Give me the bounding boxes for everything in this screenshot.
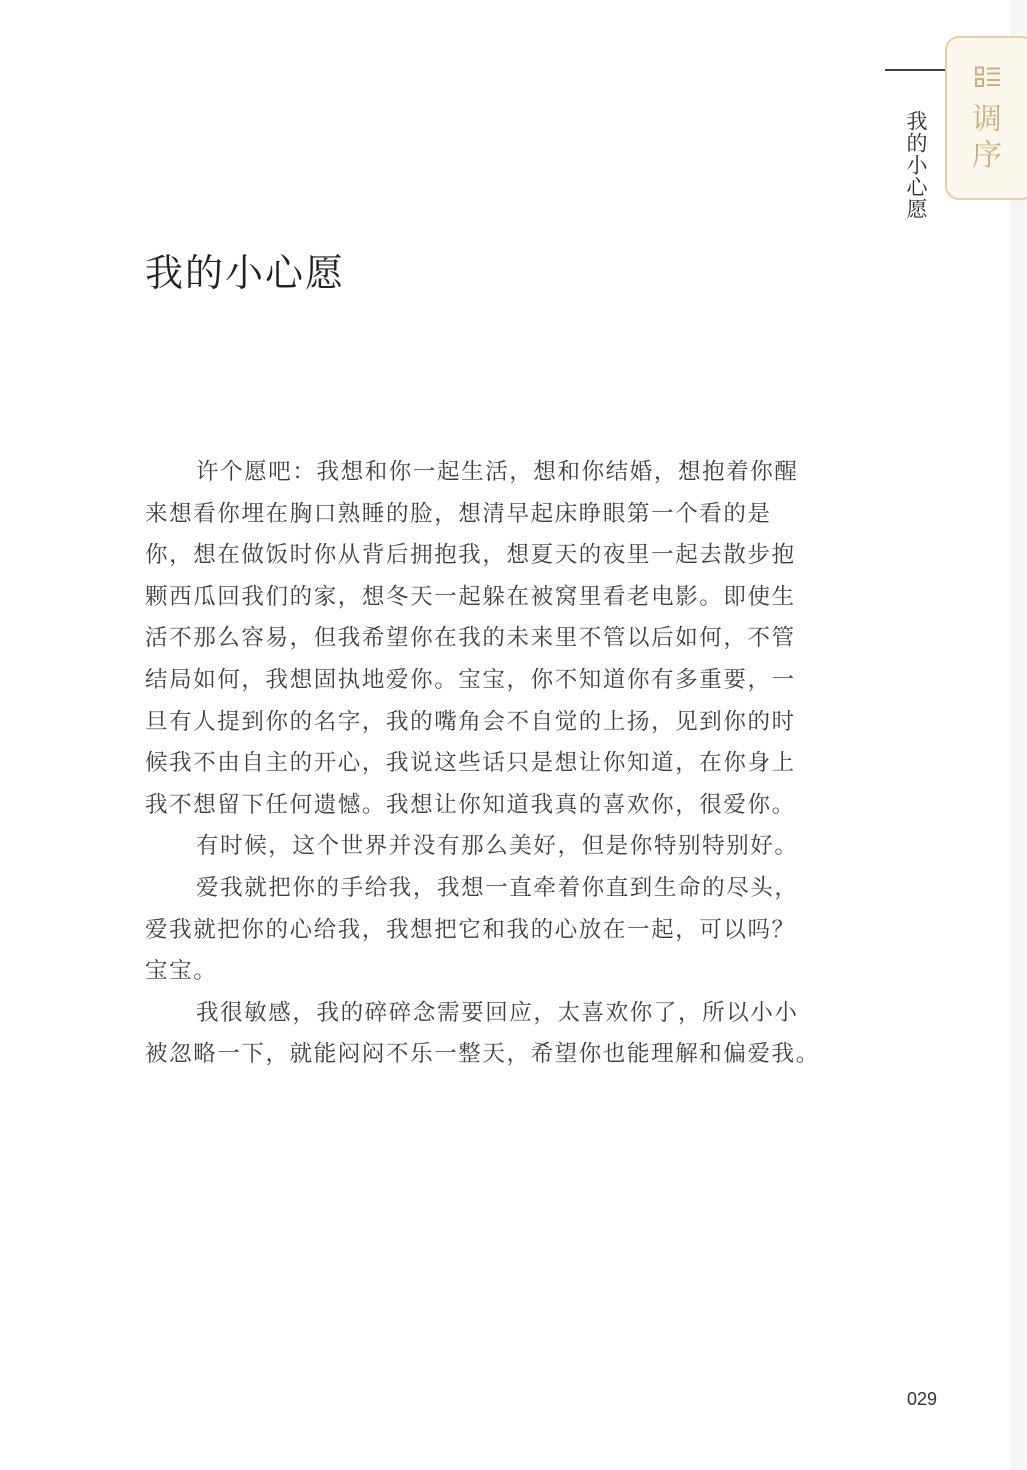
text-line: 我不想留下任何遗憾。我想让你知道我真的喜欢你，很爱你。 xyxy=(145,785,860,827)
page-number: 029 xyxy=(907,1388,937,1410)
text-line: 许个愿吧：我想和你一起生活，想和你结婚，想抱着你醒 xyxy=(145,452,860,494)
list-icon xyxy=(975,66,1001,88)
running-head: 我的小心愿 xyxy=(904,110,928,220)
tab-label-char: 序 xyxy=(969,138,1005,174)
page-edge-strip xyxy=(1010,0,1027,1470)
text-line: 宝宝。 xyxy=(145,951,860,993)
text-line: 候我不由自主的开心，我说这些话只是想让你知道，在你身上 xyxy=(145,743,860,785)
text-line: 有时候，这个世界并没有那么美好，但是你特别特别好。 xyxy=(145,826,860,868)
chapter-title: 我的小心愿 xyxy=(145,250,345,296)
text-line: 被忽略一下，就能闷闷不乐一整天，希望你也能理解和偏爱我。 xyxy=(145,1034,860,1076)
text-line: 爱我就把你的心给我，我想把它和我的心放在一起，可以吗？ xyxy=(145,910,860,952)
text-line: 你，想在做饭时你从背后拥抱我，想夏天的夜里一起去散步抱 xyxy=(145,535,860,577)
body-text: 许个愿吧：我想和你一起生活，想和你结婚，想抱着你醒 来想看你埋在胸口熟睡的脸，想… xyxy=(145,452,860,1076)
header-rule xyxy=(885,69,946,71)
text-line: 活不那么容易，但我希望你在我的未来里不管以后如何，不管 xyxy=(145,618,860,660)
text-line: 旦有人提到你的名字，我的嘴角会不自觉的上扬，见到你的时 xyxy=(145,702,860,744)
tab-label: 调 序 xyxy=(969,102,1005,174)
reorder-tab-button[interactable]: 调 序 xyxy=(945,36,1027,200)
text-line: 颗西瓜回我们的家，想冬天一起躲在被窝里看老电影。即使生 xyxy=(145,577,860,619)
text-line: 来想看你埋在胸口熟睡的脸，想清早起床睁眼第一个看的是 xyxy=(145,494,860,536)
text-line: 我很敏感，我的碎碎念需要回应，太喜欢你了，所以小小 xyxy=(145,993,860,1035)
text-line: 爱我就把你的手给我，我想一直牵着你直到生命的尽头， xyxy=(145,868,860,910)
tab-label-char: 调 xyxy=(969,102,1005,138)
text-line: 结局如何，我想固执地爱你。宝宝，你不知道你有多重要，一 xyxy=(145,660,860,702)
